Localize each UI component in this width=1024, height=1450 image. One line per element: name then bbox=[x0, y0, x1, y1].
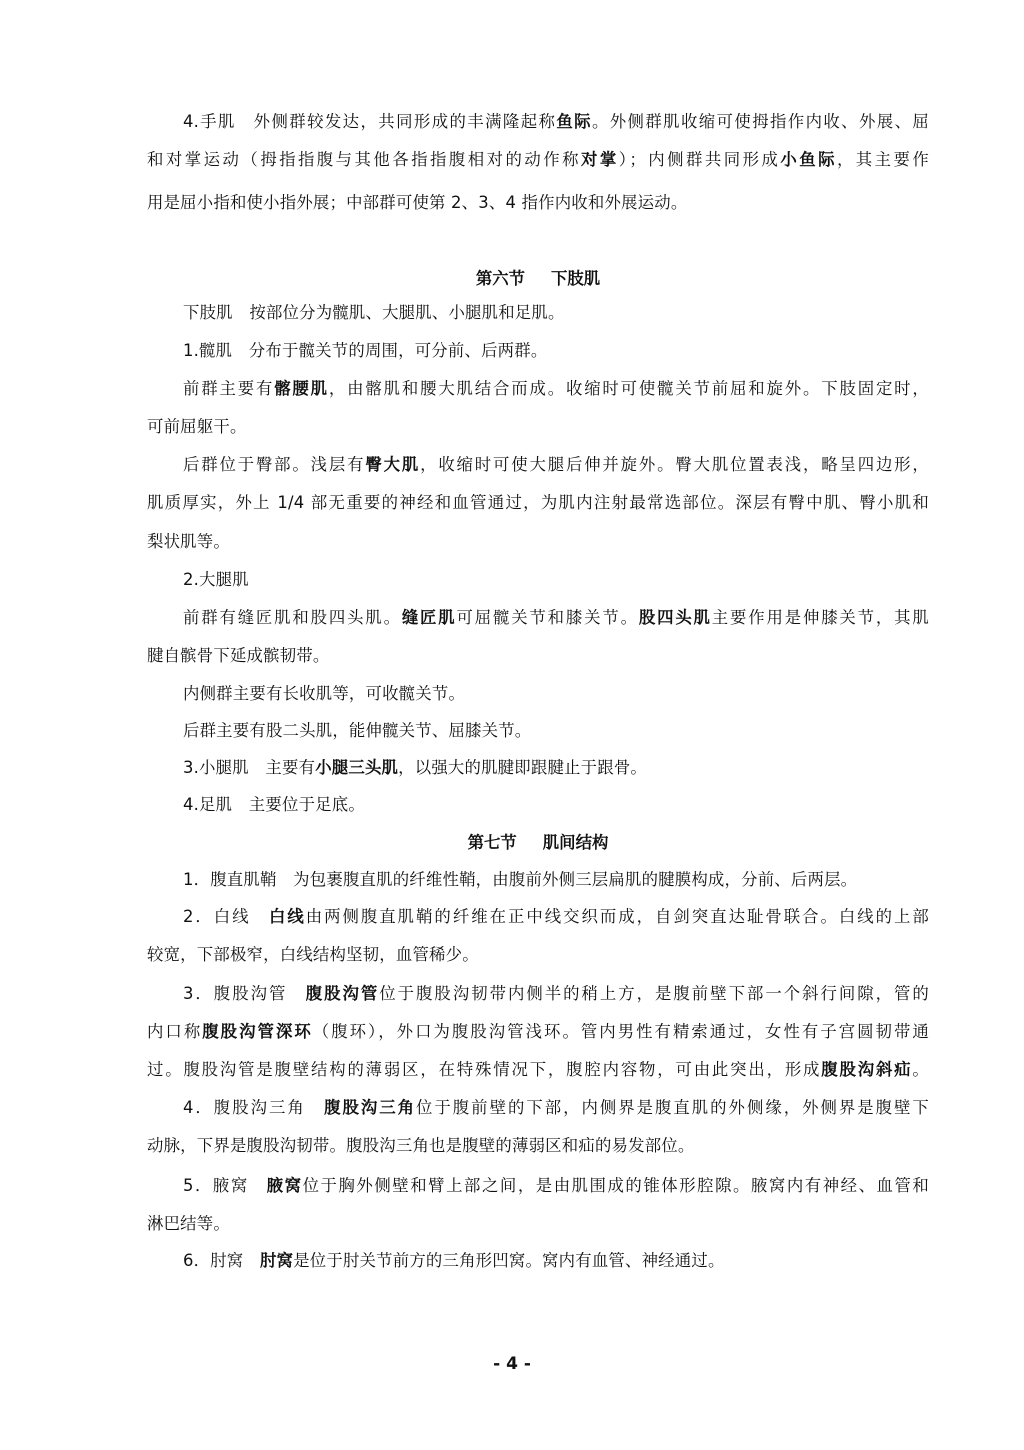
text-line: 6．肘窝 肘窝是位于肘关节前方的三角形凹窝。窝内有血管、神经通过。 bbox=[183, 1250, 929, 1272]
section-number: 第六节 bbox=[476, 269, 525, 288]
bold-term: 腹股沟管 bbox=[306, 984, 380, 1003]
text-run: 内口称 bbox=[147, 1022, 202, 1041]
text-run: 是位于肘关节前方的三角形凹窝。窝内有血管、神经通过。 bbox=[293, 1251, 724, 1270]
section-title: 下肢肌 bbox=[551, 269, 600, 288]
text-run: 6．肘窝 bbox=[183, 1251, 260, 1270]
bold-term: 对掌 bbox=[581, 150, 619, 169]
text-line: 前群主要有髂腰肌，由髂肌和腰大肌结合而成。收缩时可使髋关节前屈和旋外。下肢固定时… bbox=[183, 378, 929, 400]
bold-term: 股四头肌 bbox=[639, 608, 712, 627]
text-line: 内侧群主要有长收肌等，可收髋关节。 bbox=[183, 683, 929, 705]
text-run: 3.小腿肌 主要有 bbox=[183, 758, 315, 777]
text-line: 梨状肌等。 bbox=[147, 531, 929, 553]
text-run: ，由髂肌和腰大肌结合而成。收缩时可使髋关节前屈和旋外。下肢固定时， bbox=[329, 379, 929, 398]
text-run: 1.髋肌 分布于髋关节的周围，可分前、后两群。 bbox=[183, 341, 547, 360]
text-line: 1.髋肌 分布于髋关节的周围，可分前、后两群。 bbox=[183, 340, 929, 362]
text-run: ，收缩时可使大腿后伸并旋外。臀大肌位置表浅，略呈四边形， bbox=[420, 455, 929, 474]
text-run: ，以强大的肌腱即跟腱止于跟骨。 bbox=[398, 758, 647, 777]
text-line: 4.足肌 主要位于足底。 bbox=[183, 794, 929, 816]
text-run: 腱自髌骨下延成髌韧带。 bbox=[147, 646, 330, 665]
bold-term: 髂腰肌 bbox=[274, 379, 329, 398]
text-run: 梨状肌等。 bbox=[147, 532, 230, 551]
text-run: 后群位于臀部。浅层有 bbox=[183, 455, 365, 474]
text-run: 下肢肌 按部位分为髋肌、大腿肌、小腿肌和足肌。 bbox=[183, 303, 565, 322]
text-run: 位于腹股沟韧带内侧半的稍上方，是腹前壁下部一个斜行间隙，管的 bbox=[379, 984, 929, 1003]
text-run: 主要作用是伸膝关节，其肌 bbox=[712, 608, 929, 627]
bold-term: 白线 bbox=[269, 907, 306, 926]
text-line: 3.小腿肌 主要有小腿三头肌，以强大的肌腱即跟腱止于跟骨。 bbox=[183, 757, 929, 779]
bold-term: 腹股沟三角 bbox=[324, 1098, 416, 1117]
section-number: 第七节 bbox=[468, 833, 517, 852]
section-heading-7: 第七节肌间结构 bbox=[147, 832, 929, 854]
text-run: 4．腹股沟三角 bbox=[183, 1098, 324, 1117]
text-run: 3．腹股沟管 bbox=[183, 984, 306, 1003]
bold-term: 缝匠肌 bbox=[402, 608, 457, 627]
text-run: （腹环），外口为腹股沟管浅环。管内男性有精索通过，女性有子宫圆韧带通 bbox=[313, 1022, 929, 1041]
bold-term: 腹股沟管深环 bbox=[202, 1022, 313, 1041]
text-line: 3．腹股沟管 腹股沟管位于腹股沟韧带内侧半的稍上方，是腹前壁下部一个斜行间隙，管… bbox=[183, 983, 929, 1005]
bold-term: 腋窝 bbox=[267, 1176, 303, 1195]
text-run: ）；内侧群共同形成 bbox=[619, 150, 781, 169]
text-run: 。 bbox=[912, 1060, 929, 1079]
text-line: 前群有缝匠肌和股四头肌。缝匠肌可屈髋关节和膝关节。股四头肌主要作用是伸膝关节，其… bbox=[183, 607, 929, 629]
page-number: - 4 - bbox=[0, 1354, 1024, 1374]
text-line: 用是屈小指和使小指外展；中部群可使第 2、3、4 指作内收和外展运动。 bbox=[147, 192, 929, 214]
section-title: 肌间结构 bbox=[543, 833, 609, 852]
text-run: 后群主要有股二头肌，能伸髋关节、屈膝关节。 bbox=[183, 721, 531, 740]
bold-term: 鱼际 bbox=[556, 112, 592, 131]
text-line: 后群主要有股二头肌，能伸髋关节、屈膝关节。 bbox=[183, 720, 929, 742]
text-run: 4.手肌 外侧群较发达，共同形成的丰满隆起称 bbox=[183, 112, 556, 131]
section-heading-6: 第六节下肢肌 bbox=[147, 268, 929, 290]
text-run: 1．腹直肌鞘 为包裹腹直肌的纤维性鞘，由腹前外侧三层扁肌的腱膜构成，分前、后两层… bbox=[183, 870, 857, 889]
text-run: 较宽，下部极窄，白线结构坚韧，血管稀少。 bbox=[147, 945, 479, 964]
text-line: 下肢肌 按部位分为髋肌、大腿肌、小腿肌和足肌。 bbox=[183, 302, 929, 324]
bold-term: 小腿三头肌 bbox=[315, 758, 398, 777]
text-line: 动脉，下界是腹股沟韧带。腹股沟三角也是腹壁的薄弱区和疝的易发部位。 bbox=[147, 1135, 929, 1157]
text-line: 4.手肌 外侧群较发达，共同形成的丰满隆起称鱼际。外侧群肌收缩可使拇指作内收、外… bbox=[183, 111, 929, 133]
text-run: 4.足肌 主要位于足底。 bbox=[183, 795, 365, 814]
text-line: 4．腹股沟三角 腹股沟三角位于腹前壁的下部，内侧界是腹直肌的外侧缘，外侧界是腹壁… bbox=[183, 1097, 929, 1119]
text-line: 较宽，下部极窄，白线结构坚韧，血管稀少。 bbox=[147, 944, 929, 966]
text-line: 淋巴结等。 bbox=[147, 1213, 929, 1235]
text-run: 位于腹前壁的下部，内侧界是腹直肌的外侧缘，外侧界是腹壁下 bbox=[416, 1098, 929, 1117]
text-run: 过。腹股沟管是腹壁结构的薄弱区，在特殊情况下，腹腔内容物，可由此突出，形成 bbox=[147, 1060, 821, 1079]
text-run: 5．腋窝 bbox=[183, 1176, 267, 1195]
text-run: 由两侧腹直肌鞘的纤维在正中线交织而成，自剑突直达耻骨联合。白线的上部 bbox=[306, 907, 929, 926]
text-run: ，其主要作 bbox=[837, 150, 929, 169]
text-run: 。外侧群肌收缩可使拇指作内收、外展、屈 bbox=[592, 112, 929, 131]
text-run: 可前屈躯干。 bbox=[147, 417, 247, 436]
text-line: 2.大腿肌 bbox=[183, 569, 929, 591]
text-run: 位于胸外侧壁和臂上部之间，是由肌围成的锥体形腔隙。腋窝内有神经、血管和 bbox=[303, 1176, 929, 1195]
text-line: 5．腋窝 腋窝位于胸外侧壁和臂上部之间，是由肌围成的锥体形腔隙。腋窝内有神经、血… bbox=[183, 1175, 929, 1197]
text-run: 动脉，下界是腹股沟韧带。腹股沟三角也是腹壁的薄弱区和疝的易发部位。 bbox=[147, 1136, 695, 1155]
text-line: 和对掌运动（拇指指腹与其他各指指腹相对的动作称对掌）；内侧群共同形成小鱼际，其主… bbox=[147, 149, 929, 171]
text-run: 肌质厚实，外上 1/4 部无重要的神经和血管通过，为肌内注射最常选部位。深层有臀… bbox=[147, 493, 929, 512]
text-run: 和对掌运动（拇指指腹与其他各指指腹相对的动作称 bbox=[147, 150, 581, 169]
text-line: 可前屈躯干。 bbox=[147, 416, 929, 438]
text-run: 2．白线 bbox=[183, 907, 269, 926]
text-line: 1．腹直肌鞘 为包裹腹直肌的纤维性鞘，由腹前外侧三层扁肌的腱膜构成，分前、后两层… bbox=[183, 869, 929, 891]
text-line: 肌质厚实，外上 1/4 部无重要的神经和血管通过，为肌内注射最常选部位。深层有臀… bbox=[147, 492, 929, 514]
text-run: 前群有缝匠肌和股四头肌。 bbox=[183, 608, 402, 627]
bold-term: 小鱼际 bbox=[780, 150, 837, 169]
text-run: 可屈髋关节和膝关节。 bbox=[457, 608, 639, 627]
text-line: 过。腹股沟管是腹壁结构的薄弱区，在特殊情况下，腹腔内容物，可由此突出，形成腹股沟… bbox=[147, 1059, 929, 1081]
text-run: 内侧群主要有长收肌等，可收髋关节。 bbox=[183, 684, 465, 703]
text-line: 腱自髌骨下延成髌韧带。 bbox=[147, 645, 929, 667]
bold-term: 臀大肌 bbox=[365, 455, 420, 474]
document-page: 4.手肌 外侧群较发达，共同形成的丰满隆起称鱼际。外侧群肌收缩可使拇指作内收、外… bbox=[0, 0, 1024, 1450]
bold-term: 腹股沟斜疝 bbox=[821, 1060, 912, 1079]
text-run: 用是屈小指和使小指外展；中部群可使第 2、3、4 指作内收和外展运动。 bbox=[147, 193, 687, 212]
text-line: 后群位于臀部。浅层有臀大肌，收缩时可使大腿后伸并旋外。臀大肌位置表浅，略呈四边形… bbox=[183, 454, 929, 476]
text-run: 淋巴结等。 bbox=[147, 1214, 230, 1233]
bold-term: 肘窝 bbox=[260, 1251, 293, 1270]
text-run: 前群主要有 bbox=[183, 379, 274, 398]
text-line: 2．白线 白线由两侧腹直肌鞘的纤维在正中线交织而成，自剑突直达耻骨联合。白线的上… bbox=[183, 906, 929, 928]
text-line: 内口称腹股沟管深环（腹环），外口为腹股沟管浅环。管内男性有精索通过，女性有子宫圆… bbox=[147, 1021, 929, 1043]
text-run: 2.大腿肌 bbox=[183, 570, 249, 589]
